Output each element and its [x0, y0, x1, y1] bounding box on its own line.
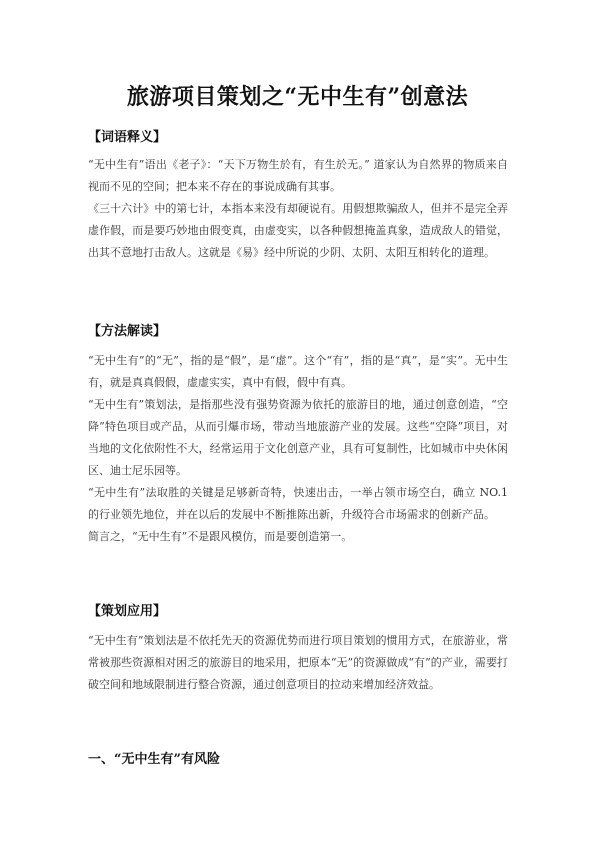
section-body-application: “无中生有”策划法是不依托先天的资源优势而进行项目策划的惯用方式，在旅游业，常常…	[88, 630, 508, 696]
section-heading-definition: 【词语释义】	[88, 126, 166, 145]
document-page: 旅游项目策划之“无中生有”创意法 【词语释义】 “无中生有”语出《老子》：“天下…	[0, 0, 595, 842]
paragraph: “无中生有”法取胜的关键是足够新奇特，快速出击，一举占领市场空白，确立 NO.1…	[88, 482, 508, 526]
paragraph: 《三十六计》中的第七计，本指本来没有却硬说有。用假想欺骗敌人，但并不是完全弄虚作…	[88, 198, 508, 264]
subsection-heading-risk: 一、“无中生有”有风险	[88, 748, 220, 767]
section-heading-application: 【策划应用】	[88, 600, 166, 619]
paragraph: “无中生有”语出《老子》：“天下万物生於有，有生於无。” 道家认为自然界的物质来…	[88, 154, 508, 198]
section-heading-interpretation: 【方法解读】	[88, 320, 166, 339]
paragraph: 简言之，“无中生有”不是跟风模仿，而是要创造第一。	[88, 526, 508, 548]
document-title: 旅游项目策划之“无中生有”创意法	[0, 80, 595, 111]
paragraph: “无中生有”的“无”，指的是“假”，是“虚”。这个“有”，指的是“真”，是“实”…	[88, 350, 508, 394]
paragraph: “无中生有”策划法是不依托先天的资源优势而进行项目策划的惯用方式，在旅游业，常常…	[88, 630, 508, 696]
section-body-interpretation: “无中生有”的“无”，指的是“假”，是“虚”。这个“有”，指的是“真”，是“实”…	[88, 350, 508, 548]
section-body-definition: “无中生有”语出《老子》：“天下万物生於有，有生於无。” 道家认为自然界的物质来…	[88, 154, 508, 264]
paragraph: “无中生有”策划法，是指那些没有强势资源为依托的旅游目的地，通过创意创造，“空降…	[88, 394, 508, 482]
